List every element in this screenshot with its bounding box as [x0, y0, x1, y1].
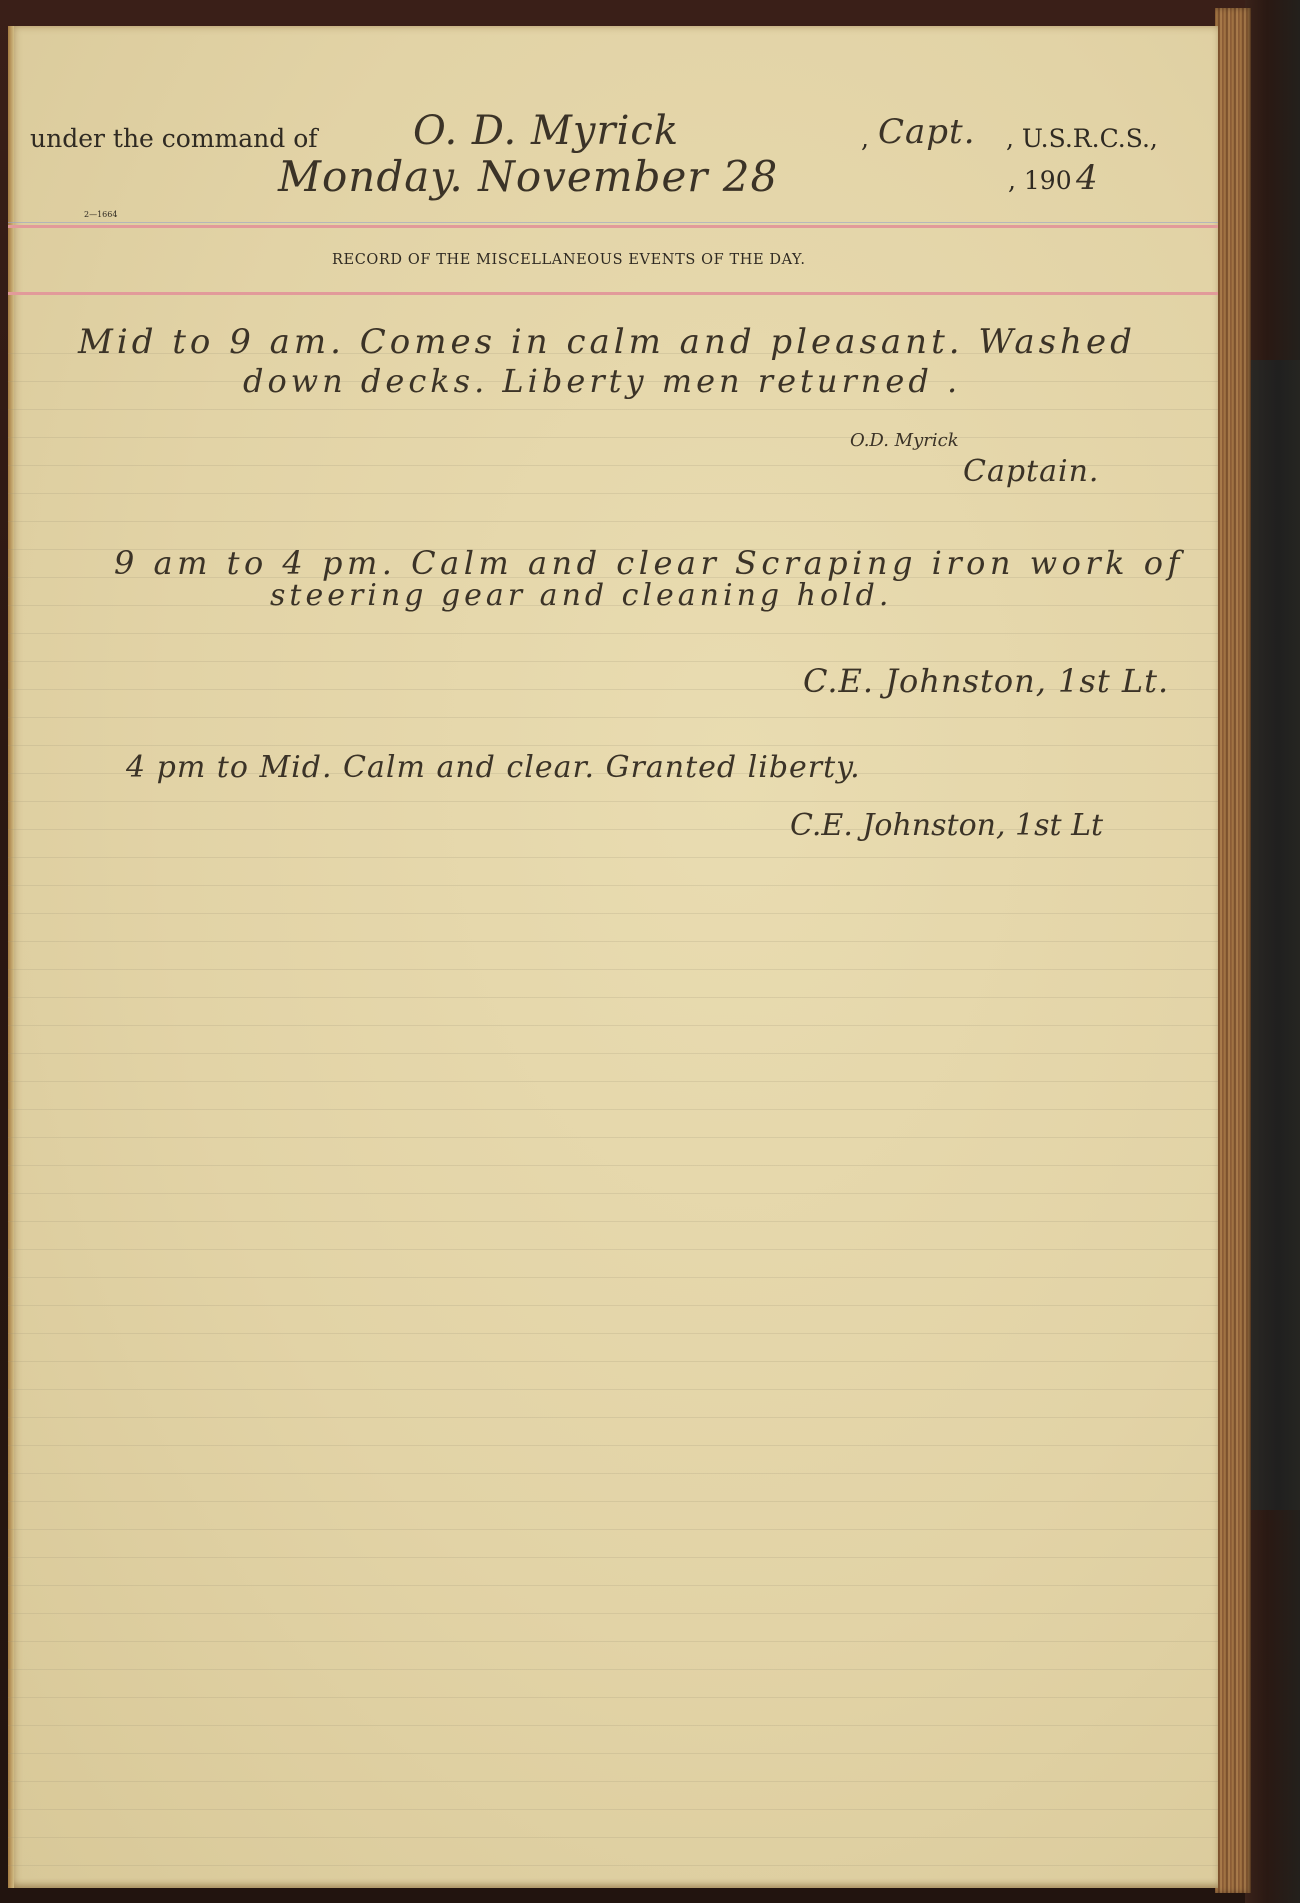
- book-cover: [1245, 0, 1300, 1903]
- header-red-rule: [8, 225, 1218, 228]
- ledger-photo: under the command of O. D. Myrick , Capt…: [0, 0, 1300, 1903]
- service-abbreviation: , U.S.R.C.S.,: [1006, 124, 1158, 153]
- form-number: 2—1664: [84, 210, 117, 219]
- command-prefix: under the command of: [30, 124, 318, 153]
- entry-2-signature: C.E. Johnston, 1st Lt.: [803, 662, 1169, 700]
- section-title: RECORD OF THE MISCELLANEOUS EVENTS OF TH…: [332, 252, 806, 268]
- commander-rank: Capt.: [878, 112, 976, 152]
- entry-1-signature-title: Captain.: [963, 454, 1099, 489]
- log-page: under the command of O. D. Myrick , Capt…: [8, 26, 1218, 1888]
- commander-name: O. D. Myrick: [413, 108, 679, 154]
- entry-1-line-1: Mid to 9 am. Comes in calm and pleasant.…: [78, 322, 1136, 362]
- cover-cloth: [1245, 360, 1300, 1510]
- section-red-rule: [8, 292, 1218, 295]
- entry-2-line-1: 9 am to 4 pm. Calm and clear Scraping ir…: [114, 544, 1184, 582]
- header-blue-rule: [8, 222, 1218, 223]
- comma-separator: ,: [861, 124, 869, 153]
- page-edges: [1215, 8, 1251, 1893]
- log-date: Monday. November 28: [278, 152, 778, 201]
- year-prefix: , 190: [1008, 166, 1072, 195]
- entry-2-line-2: steering gear and cleaning hold.: [270, 578, 892, 613]
- entry-3-line-1: 4 pm to Mid. Calm and clear. Granted lib…: [126, 750, 861, 785]
- entry-1-signature: O.D. Myrick: [850, 430, 959, 451]
- entry-3-signature: C.E. Johnston, 1st Lt: [790, 808, 1103, 843]
- year-suffix: 4: [1076, 158, 1099, 198]
- entry-1-line-2: down decks. Liberty men returned .: [243, 362, 961, 400]
